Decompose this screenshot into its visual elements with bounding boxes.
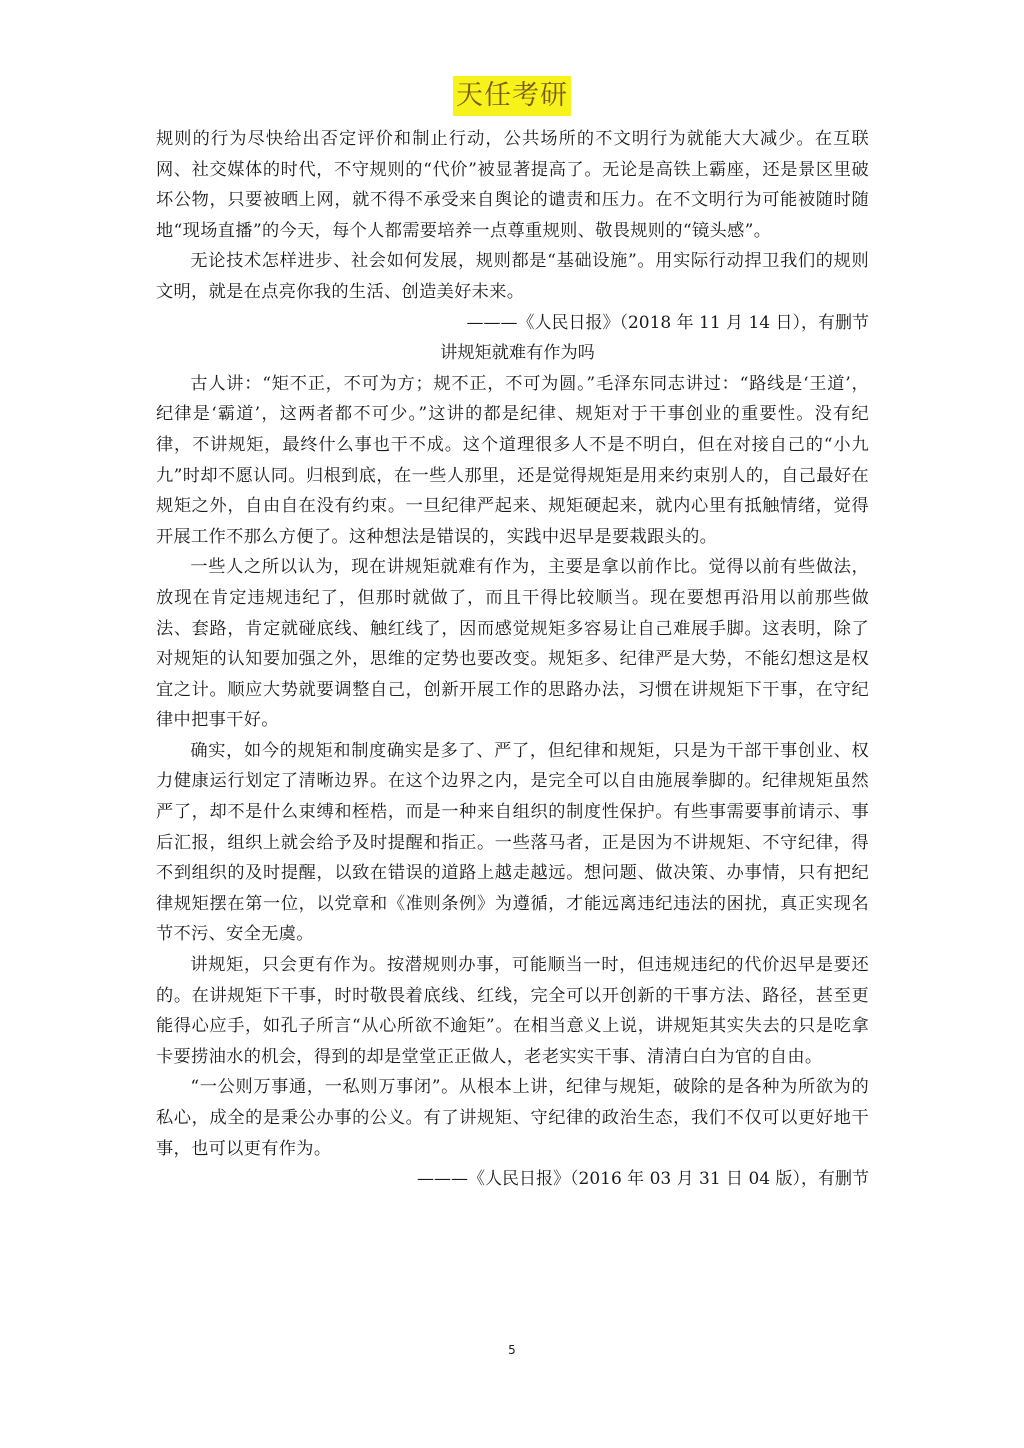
article2-paragraph-3: 确实，如今的规矩和制度确实是多了、严了，但纪律和规矩，只是为干部干事创业、权力健… (156, 736, 869, 950)
article2-paragraph-4: 讲规矩，只会更有作为。按潜规则办事，可能顺当一时，但违规违纪的代价迟早是要还的。… (156, 950, 869, 1072)
article2-title: 讲规矩就难有作为吗 (156, 338, 869, 369)
article1-source: ———《人民日报》（2018 年 11 月 14 日），有删节 (156, 308, 869, 339)
article2-paragraph-1: 古人讲：“矩不正，不可为方；规不正，不可为圆。”毛泽东同志讲过：“路线是‘王道’… (156, 369, 869, 553)
article1-paragraph-2: 无论技术怎样进步、社会如何发展，规则都是“基础设施”。用实际行动捍卫我们的规则文… (156, 246, 869, 307)
page-header: 天任考研 (0, 76, 1024, 116)
article2-source: ———《人民日报》（2016 年 03 月 31 日 04 版），有删节 (156, 1164, 869, 1195)
article1-paragraph-1: 规则的行为尽快给出否定评价和制止行动，公共场所的不文明行为就能大大减少。在互联网… (156, 124, 869, 246)
document-body: 规则的行为尽快给出否定评价和制止行动，公共场所的不文明行为就能大大减少。在互联网… (156, 124, 869, 1195)
article2-paragraph-2: 一些人之所以认为，现在讲规矩就难有作为，主要是拿以前作比。觉得以前有些做法，放现… (156, 552, 869, 736)
brand-label: 天任考研 (453, 76, 571, 116)
article2-paragraph-5: “一公则万事通，一私则万事闭”。从根本上讲，纪律与规矩，破除的是各种为所欲为的私… (156, 1072, 869, 1164)
page-number: 5 (0, 1343, 1024, 1357)
